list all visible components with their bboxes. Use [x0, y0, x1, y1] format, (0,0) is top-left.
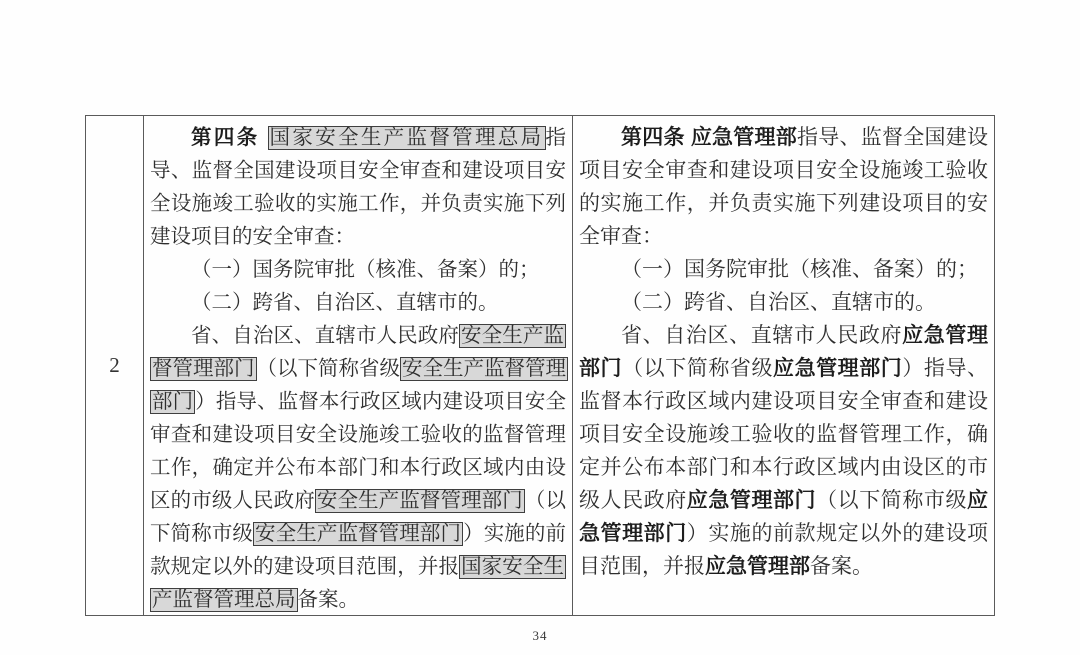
- paragraph: 第四条 国家安全生产监督管理总局指导、监督全国建设项目安全审查和建设项目安全设施…: [150, 121, 566, 254]
- new-regulation-column: 第四条 应急管理部指导、监督全国建设项目安全审查和建设项目安全设施竣工验收的实施…: [573, 116, 994, 615]
- paragraph: 省、自治区、直辖市人民政府安全生产监督管理部门（以下简称省级安全生产监督管理部门…: [150, 320, 566, 615]
- text-segment: （以下简称省级: [622, 356, 773, 380]
- text-segment: 应急管理部门: [687, 489, 816, 512]
- text-segment: 备案。: [810, 554, 873, 578]
- text-segment: 省、自治区、直辖市人民政府: [191, 325, 459, 347]
- document-page: 2 第四条 国家安全生产监督管理总局指导、监督全国建设项目安全审查和建设项目安全…: [0, 0, 1080, 655]
- paragraph: 第四条 应急管理部指导、监督全国建设项目安全审查和建设项目安全设施竣工验收的实施…: [579, 121, 988, 253]
- text-segment: （以下简称省级: [257, 358, 401, 380]
- text-segment: （一）国务院审批（核准、备案）的；: [621, 257, 978, 281]
- page-number: 34: [0, 628, 1080, 644]
- text-segment: 备案。: [298, 589, 360, 611]
- text-segment: （二）跨省、自治区、直辖市的。: [191, 292, 499, 314]
- text-segment: 第四条: [621, 126, 691, 149]
- paragraph: （二）跨省、自治区、直辖市的。: [579, 286, 988, 319]
- text-segment: 应急管理部: [691, 126, 797, 149]
- row-number: 2: [109, 353, 120, 378]
- text-segment: 省、自治区、直辖市人民政府: [621, 323, 902, 347]
- text-segment: 第四条: [191, 126, 268, 149]
- old-regulation-column: 第四条 国家安全生产监督管理总局指导、监督全国建设项目安全审查和建设项目安全设施…: [144, 116, 573, 615]
- paragraph: 省、自治区、直辖市人民政府应急管理部门（以下简称省级应急管理部门）指导、监督本行…: [579, 319, 988, 583]
- comparison-table: 2 第四条 国家安全生产监督管理总局指导、监督全国建设项目安全审查和建设项目安全…: [85, 115, 995, 616]
- paragraph: （二）跨省、自治区、直辖市的。: [150, 287, 566, 320]
- text-segment: 应急管理部门: [773, 357, 902, 380]
- text-segment: 应急管理部: [705, 555, 810, 578]
- highlighted-term: 安全生产监督管理部门: [315, 489, 525, 513]
- text-segment: （二）跨省、自治区、直辖市的。: [621, 290, 936, 314]
- paragraph: （一）国务院审批（核准、备案）的；: [150, 254, 566, 287]
- text-segment: （以下简称市级: [816, 488, 967, 512]
- highlighted-term: 安全生产监督管理部门: [253, 522, 463, 546]
- row-number-cell: 2: [86, 116, 144, 615]
- paragraph: （一）国务院审批（核准、备案）的；: [579, 253, 988, 286]
- text-segment: （一）国务院审批（核准、备案）的；: [191, 259, 540, 281]
- highlighted-term: 国家安全生产监督管理总局: [268, 126, 546, 150]
